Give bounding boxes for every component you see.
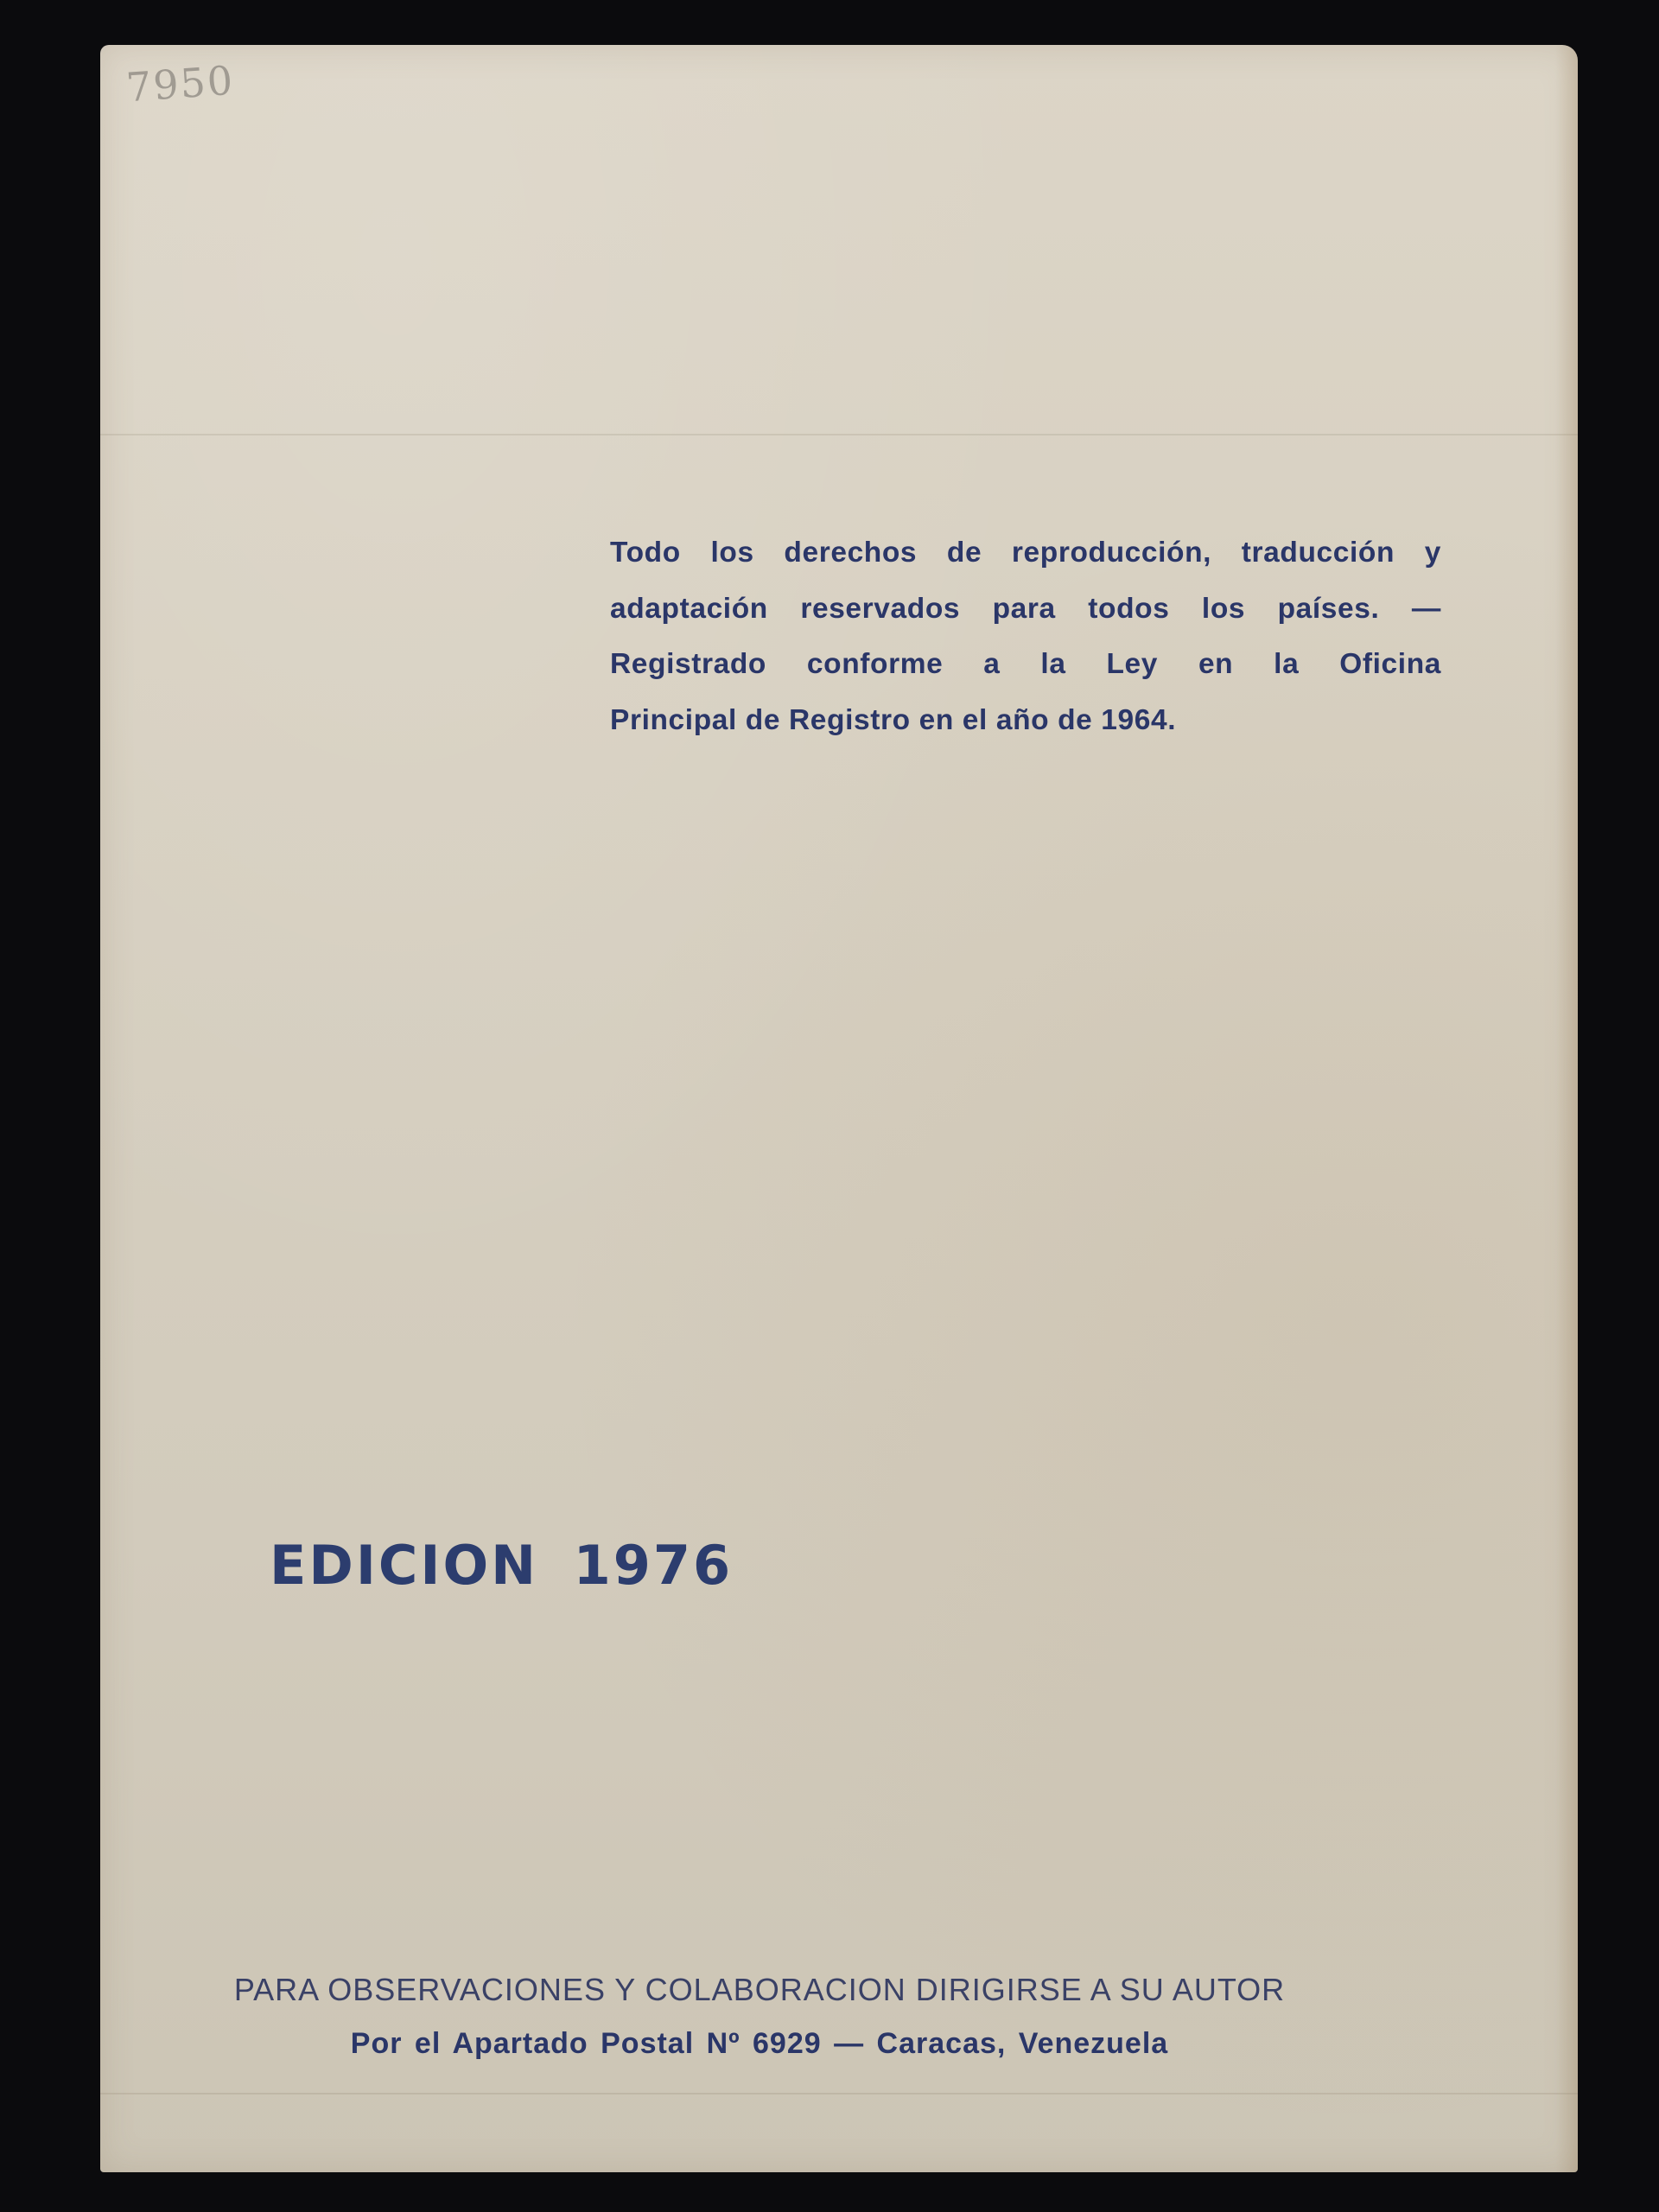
rights-line-1: Todo los derechos de reproducción, tradu… [610,525,1441,582]
edition-heading: EDICION 1976 [270,1534,733,1597]
rights-line-3: Registrado conforme a la Ley en la Ofici… [610,637,1441,693]
rights-notice: Todo los derechos de reproducción, tradu… [610,525,1441,748]
page-edge-shadow [1555,45,1578,2172]
handwritten-pencil-note: 7950 [124,57,236,111]
footer-contact-line: PARA OBSERVACIONES Y COLABORACION DIRIGI… [169,1972,1350,2008]
footer-address-line: Por el Apartado Postal Nº 6929 — Caracas… [169,2027,1350,2061]
rights-line-2: adaptación reservados para todos los paí… [610,582,1441,638]
photo-background: 7950 Todo los derechos de reproducción, … [0,0,1659,2212]
rights-line-4: Principal de Registro en el año de 1964. [610,693,1441,749]
paper-page: 7950 Todo los derechos de reproducción, … [100,45,1578,2172]
